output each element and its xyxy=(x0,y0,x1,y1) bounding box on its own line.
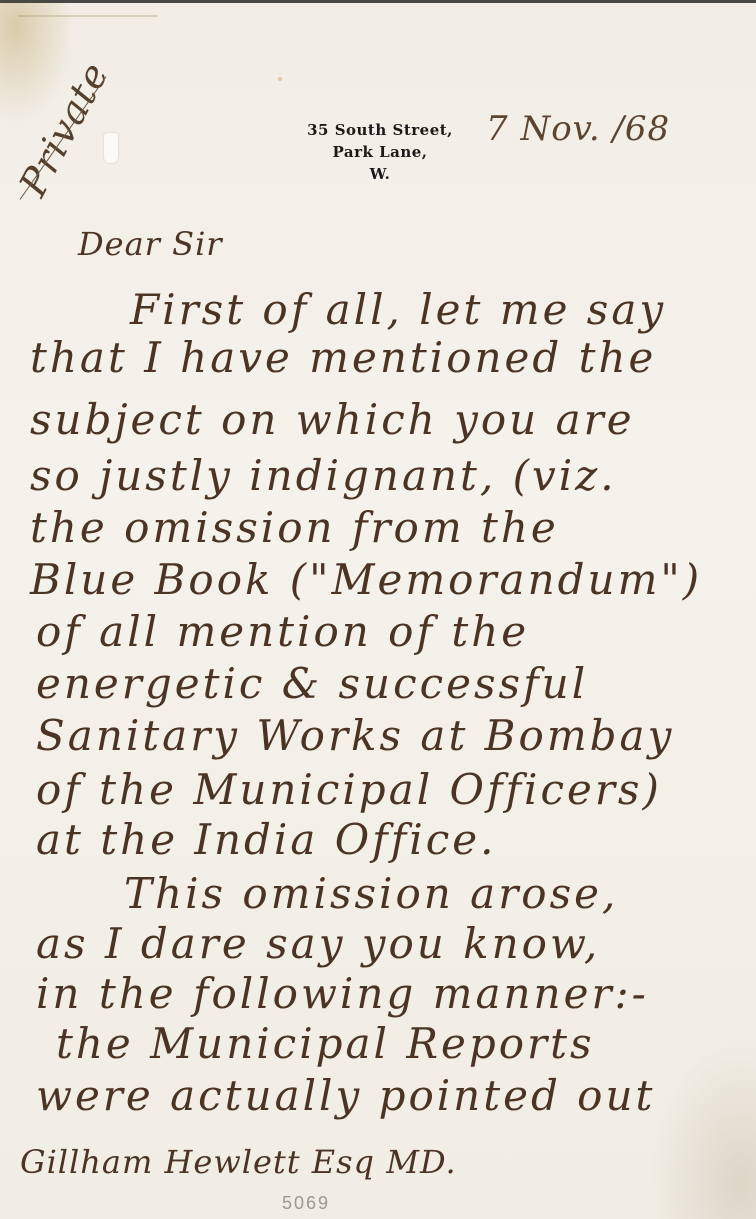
body-line: Blue Book ("Memorandum") xyxy=(30,555,702,604)
body-line: at the India Office. xyxy=(36,815,496,864)
letterhead-street: 35 South Street, xyxy=(280,119,480,141)
salutation: Dear Sir xyxy=(78,225,223,263)
body-line: subject on which you are xyxy=(30,395,635,444)
body-line: of all mention of the xyxy=(36,607,529,656)
private-annotation: Private xyxy=(11,55,118,203)
body-line: the Municipal Reports xyxy=(56,1019,595,1068)
body-line: that I have mentioned the xyxy=(30,333,656,382)
letterhead-area: Park Lane, xyxy=(280,141,480,163)
letterhead-postal-district: W. xyxy=(280,163,480,185)
addressee: Gillham Hewlett Esq MD. xyxy=(20,1143,457,1181)
body-line: the omission from the xyxy=(30,503,559,552)
letter-page: Private 35 South Street, Park Lane, W. 7… xyxy=(0,0,756,1219)
body-line: First of all, let me say xyxy=(130,285,666,334)
letter-date: 7 Nov. /68 xyxy=(486,109,670,149)
paper-speck xyxy=(278,77,282,81)
body-line: so justly indignant, (viz. xyxy=(30,451,617,500)
body-line: Sanitary Works at Bombay xyxy=(36,711,674,760)
body-line: in the following manner:- xyxy=(36,969,649,1018)
archive-number: 5069 xyxy=(282,1193,330,1214)
body-line: energetic & successful xyxy=(36,659,588,708)
body-line: This omission arose, xyxy=(124,869,618,918)
body-line: were actually pointed out xyxy=(36,1071,655,1120)
letterhead: 35 South Street, Park Lane, W. xyxy=(280,119,480,185)
body-line: of the Municipal Officers) xyxy=(36,765,662,814)
body-line: as I dare say you know, xyxy=(36,919,600,968)
pin-hole-mark xyxy=(104,133,118,163)
paper-fold-mark xyxy=(18,15,158,17)
